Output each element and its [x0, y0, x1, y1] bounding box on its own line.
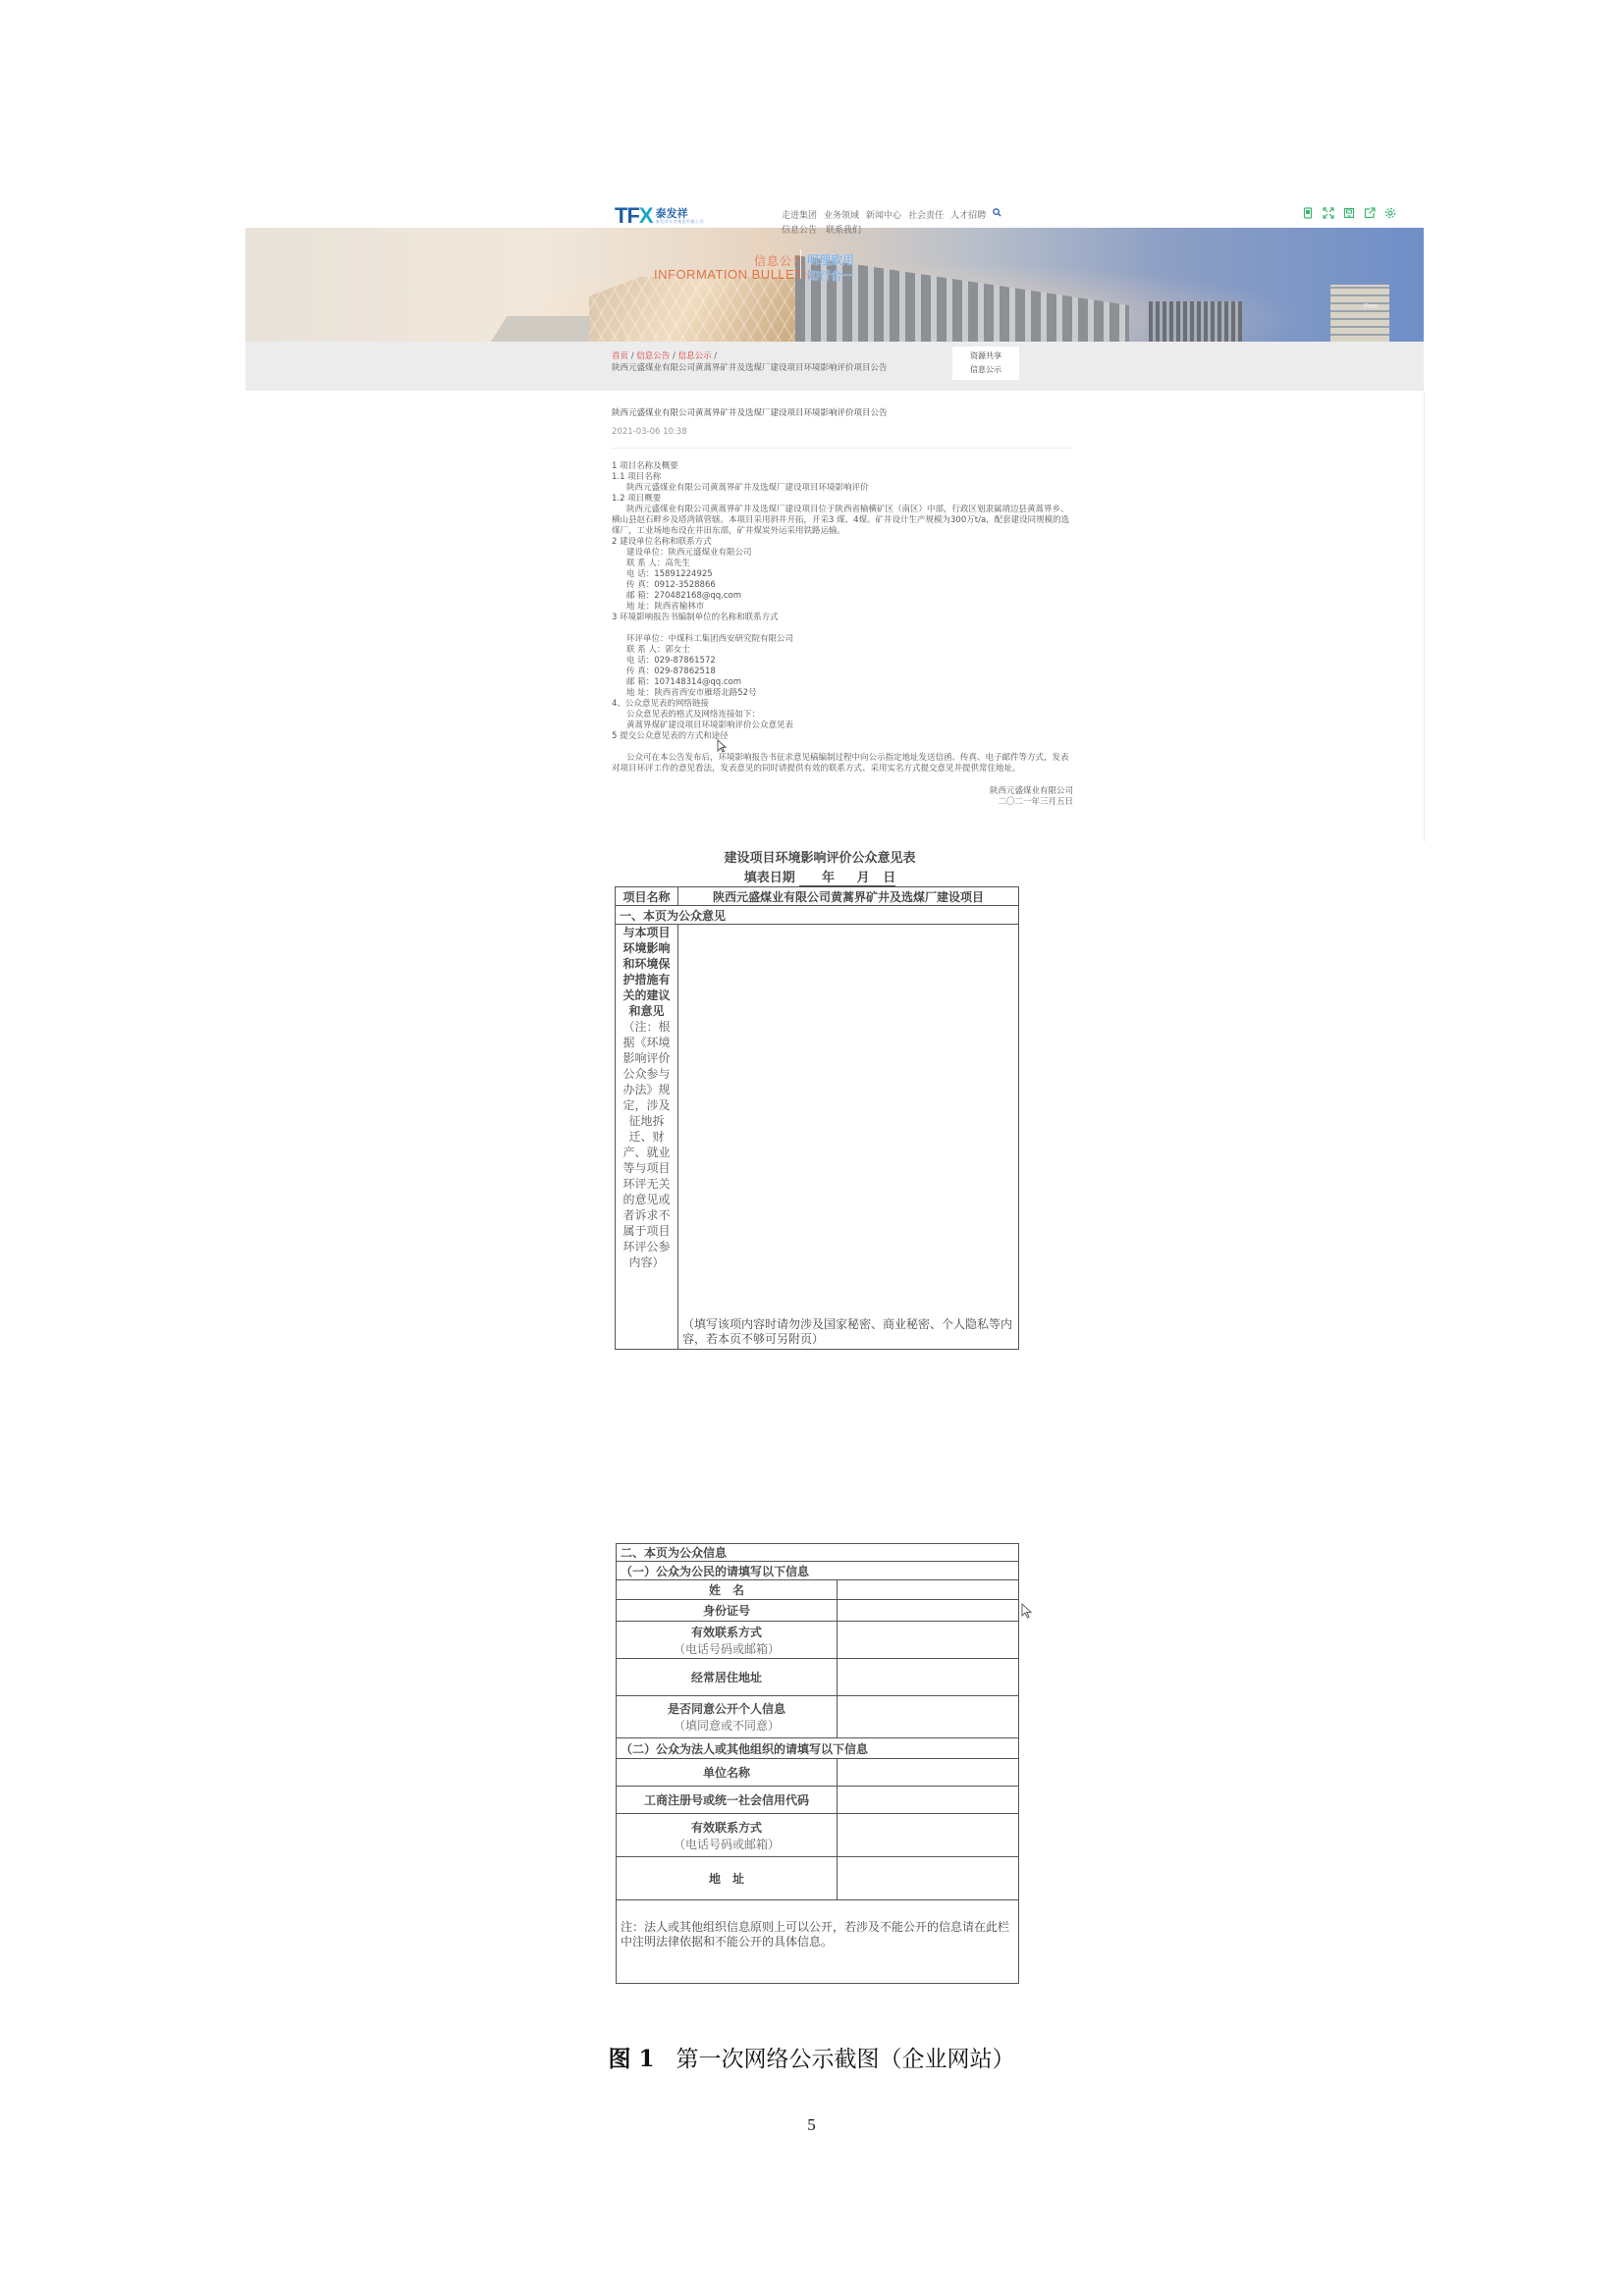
article-line: 陕西元盛煤业有限公司黄蒿界矿井及选煤厂建设项目位于陕西省榆横矿区（南区）中部，行… — [612, 505, 1073, 537]
form-title: 建设项目环境影响评价公众意见表 — [609, 847, 1031, 866]
field-input-name[interactable] — [838, 1580, 1019, 1600]
article-line: 1.2 项目概要 — [612, 494, 1073, 505]
nav-item-contact[interactable]: 联系我们 — [826, 223, 861, 236]
banner-slogan-1: 明理致用 — [807, 251, 854, 268]
building-graphic — [1149, 301, 1242, 342]
company-logo[interactable]: TFX 泰发祥 泰发祥实业集团有限公司 — [615, 203, 704, 229]
project-name-value: 陕西元盛煤业有限公司黄蒿界矿井及选煤厂建设项目 — [678, 887, 1019, 906]
article-line: 邮 箱：107148314@qq.com — [612, 677, 1073, 688]
breadcrumb-bar: 首页 / 信息公告 / 信息公示 / 陕西元盛煤业有限公司黄蒿界矿井及选煤厂建设… — [245, 342, 1424, 392]
field-input-address[interactable] — [838, 1659, 1019, 1696]
page-number: 5 — [0, 2115, 1623, 2135]
nav-item-announcements[interactable]: 信息公告 — [782, 223, 817, 236]
article: 陕西元盛煤业有限公司黄蒿界矿井及选煤厂建设项目环境影响评价项目公告 2021-0… — [245, 391, 1425, 842]
mouse-cursor-icon — [1021, 1603, 1033, 1619]
building-graphic — [1330, 285, 1389, 342]
article-line: 环评单位：中煤科工集团西安研究院有限公司 — [612, 634, 1073, 645]
side-menu-resources[interactable]: 资源共享 — [952, 349, 1019, 363]
section-2-header: 二、本页为公众信息 — [617, 1544, 1019, 1562]
article-line: 传 真：0912-3528866 — [612, 580, 1073, 591]
field-input-credit-code[interactable] — [838, 1787, 1019, 1814]
field-label-address: 经常居住地址 — [617, 1659, 838, 1696]
banner-title-en: INFORMATION BULLETIN — [654, 267, 817, 282]
figure-number: 图 1 — [608, 2046, 654, 2072]
nav-item-about[interactable]: 走进集团 — [782, 208, 817, 221]
field-input-consent[interactable] — [838, 1696, 1019, 1738]
fullscreen-icon[interactable] — [1322, 206, 1335, 220]
breadcrumb-disclosure[interactable]: 信息公示 — [678, 351, 712, 361]
toolbar — [1301, 206, 1397, 220]
search-icon[interactable] — [993, 208, 1001, 221]
field-input-id[interactable] — [838, 1600, 1019, 1622]
opinion-input-area[interactable]: （填写该项内容时请勿涉及国家秘密、商业秘密、个人隐私等内容，若本页不够可另附页） — [678, 925, 1019, 1350]
personal-info-table: 二、本页为公众信息 （一）公众为公民的请填写以下信息 姓 名 身份证号 有效联系… — [616, 1543, 1019, 1984]
share-icon[interactable] — [1363, 206, 1377, 220]
figure-caption: 图 1第一次网络公示截图（企业网站） — [0, 2041, 1623, 2073]
nav-item-csr[interactable]: 社会责任 — [908, 208, 944, 221]
article-line: 5 提交公众意见表的方式和途径 — [612, 731, 1073, 742]
field-label-org-contact: 有效联系方式（电话号码或邮箱） — [617, 1814, 838, 1857]
logo-mark: TFX — [615, 203, 653, 229]
building-graphic — [491, 316, 599, 342]
nav-item-news[interactable]: 新闻中心 — [866, 208, 901, 221]
section-1-header: 一、本页为公众意见 — [616, 906, 1019, 925]
article-title: 陕西元盛煤业有限公司黄蒿界矿井及选煤厂建设项目环境影响评价项目公告 — [612, 408, 1073, 419]
field-label-consent: 是否同意公开个人信息（填同意或不同意） — [617, 1696, 838, 1738]
citizen-header: （一）公众为公民的请填写以下信息 — [617, 1562, 1019, 1580]
article-line: 2 建设单位名称和联系方式 — [612, 537, 1073, 548]
field-label-name: 姓 名 — [617, 1580, 838, 1600]
article-line: 联 系 人：郭女士 — [612, 645, 1073, 656]
article-line: 1.1 项目名称 — [612, 472, 1073, 483]
settings-icon[interactable] — [1383, 206, 1397, 220]
breadcrumb: 首页 / 信息公告 / 信息公示 / — [612, 349, 717, 361]
figure-title: 第一次网络公示截图（企业网站） — [676, 2047, 1015, 2072]
article-line: 公众可在本公告发布后，环境影响报告书征求意见稿编制过程中向公示指定地址发送信函、… — [612, 753, 1073, 774]
article-line: 电 话：15891224925 — [612, 569, 1073, 580]
article-line: 地 址：陕西省榆林市 — [612, 602, 1073, 613]
article-line: 4、公众意见表的网络链接 — [612, 699, 1073, 710]
article-line: 公众意见表的格式及网络连接如下： — [612, 710, 1073, 721]
nav-item-careers[interactable]: 人才招聘 — [950, 208, 986, 221]
article-line: 联 系 人：高先生 — [612, 559, 1073, 569]
tablet-icon[interactable] — [1301, 206, 1315, 220]
opinion-label: 与本项目环境影响和环境保护措施有关的建议和意见（注：根据《环境影响评价公众参与办… — [616, 925, 678, 1350]
article-date: 2021-03-06 10:38 — [612, 427, 1073, 449]
field-label-contact: 有效联系方式（电话号码或邮箱） — [617, 1622, 838, 1659]
article-line: 3 环境影响报告书编制单位的名称和联系方式 — [612, 613, 1073, 623]
org-header: （二）公众为法人或其他组织的请填写以下信息 — [617, 1738, 1019, 1759]
form-note: 注：法人或其他组织信息原则上可以公开，若涉及不能公开的信息请在此栏中注明法律依据… — [617, 1900, 1019, 1984]
article-line — [612, 623, 1073, 634]
breadcrumb-home[interactable]: 首页 — [612, 351, 628, 361]
article-line: 电 话：029-87861572 — [612, 656, 1073, 667]
project-name-label: 项目名称 — [616, 887, 678, 906]
form-date: 填表日期 年 月 日 — [609, 867, 1031, 886]
article-line: 传 真：029-87862518 — [612, 667, 1073, 677]
field-label-credit-code: 工商注册号或统一社会信用代码 — [617, 1787, 838, 1814]
field-label-id: 身份证号 — [617, 1600, 838, 1622]
signature-date: 二〇二一年三月五日 — [612, 797, 1073, 808]
banner-slogan-2: 知行合一 — [807, 267, 854, 284]
nav-item-business[interactable]: 业务领域 — [824, 208, 859, 221]
field-input-contact[interactable] — [838, 1622, 1019, 1659]
date-field: 年 月 日 — [799, 867, 895, 886]
article-line: 邮 箱：270482168@qq.com — [612, 591, 1073, 602]
article-body: 1 项目名称及概要1.1 项目名称陕西元盛煤业有限公司黄蒿界矿井及选煤厂建设项目… — [612, 461, 1073, 774]
logo-name: 泰发祥 — [656, 208, 705, 219]
save-icon[interactable] — [1342, 206, 1356, 220]
logo-tagline: 泰发祥实业集团有限公司 — [656, 220, 705, 224]
opinion-table: 项目名称 陕西元盛煤业有限公司黄蒿界矿井及选煤厂建设项目 一、本页为公众意见 与… — [615, 886, 1019, 1350]
field-input-org-name[interactable] — [838, 1759, 1019, 1787]
field-input-org-address[interactable] — [838, 1857, 1019, 1900]
main-nav: 走进集团 业务领域 新闻中心 社会责任 人才招聘 — [782, 208, 1001, 221]
banner-prev-button[interactable]: Prev — [1364, 303, 1378, 310]
article-line: 黄蒿界煤矿建设项目环境影响评价公众意见表 — [612, 721, 1073, 731]
hero-banner: 信息公告 INFORMATION BULLETIN 明理致用 知行合一 Prev — [245, 228, 1424, 342]
secondary-nav: 信息公告 联系我们 — [782, 223, 861, 236]
signature-company: 陕西元盛煤业有限公司 — [612, 786, 1073, 797]
side-menu: 资源共享 信息公示 — [952, 347, 1019, 380]
opinion-hint: （填写该项内容时请勿涉及国家秘密、商业秘密、个人隐私等内容，若本页不够可另附页） — [682, 1317, 1012, 1346]
field-input-org-contact[interactable] — [838, 1814, 1019, 1857]
article-line: 1 项目名称及概要 — [612, 461, 1073, 472]
side-menu-disclosure[interactable]: 信息公示 — [952, 363, 1019, 377]
article-line: 地 址：陕西省西安市雁塔北路52号 — [612, 688, 1073, 699]
field-label-org-name: 单位名称 — [617, 1759, 838, 1787]
field-label-org-address: 地 址 — [617, 1857, 838, 1900]
mouse-cursor-icon — [717, 739, 727, 753]
banner-divider — [800, 249, 801, 279]
article-line — [612, 742, 1073, 753]
article-line: 建设单位：陕西元盛煤业有限公司 — [612, 548, 1073, 559]
breadcrumb-announcements[interactable]: 信息公告 — [636, 351, 670, 361]
article-line: 陕西元盛煤业有限公司黄蒿界矿井及选煤厂建设项目环境影响评价 — [612, 483, 1073, 494]
breadcrumb-current: 陕西元盛煤业有限公司黄蒿界矿井及选煤厂建设项目环境影响评价项目公告 — [612, 361, 888, 373]
